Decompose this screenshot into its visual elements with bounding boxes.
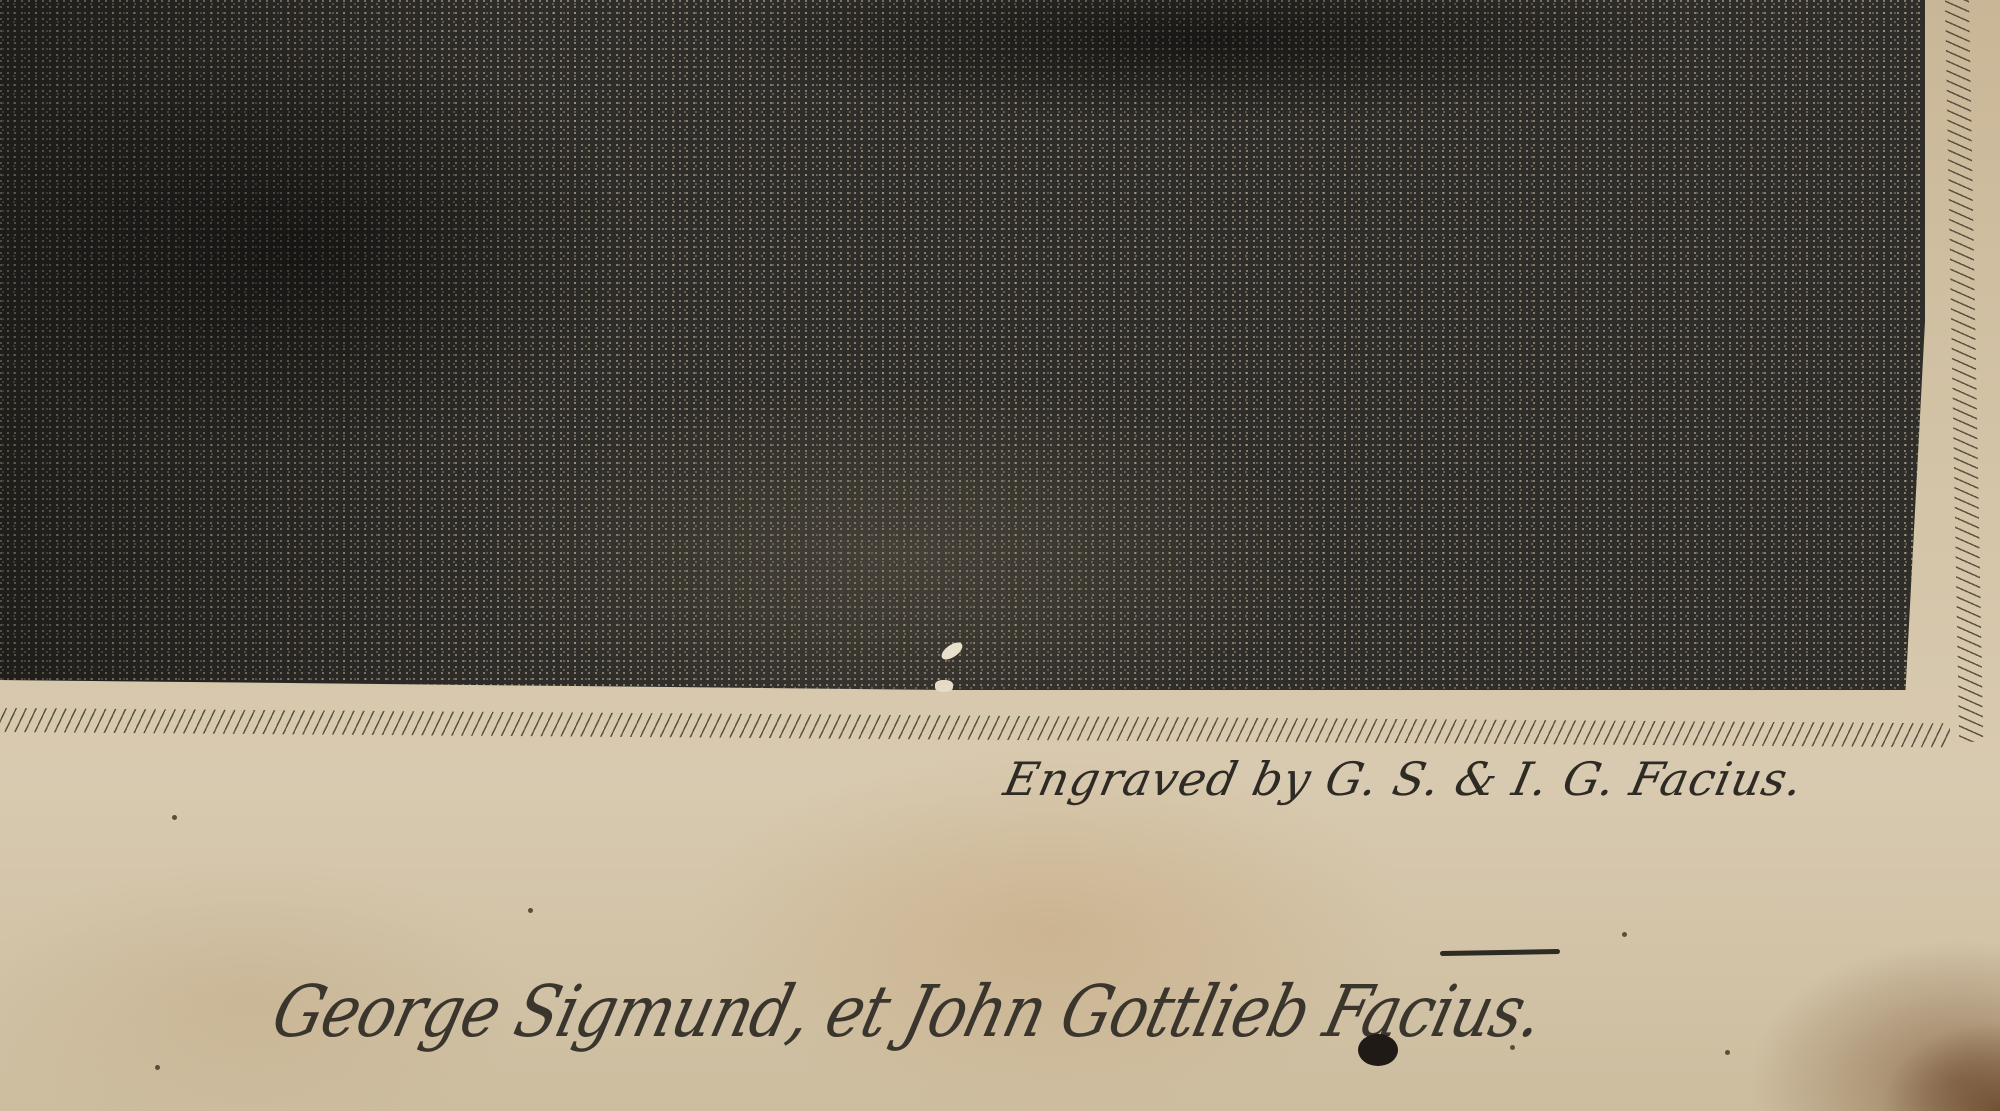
corner-stain <box>1880 1021 2000 1111</box>
foxing-spot <box>155 1065 160 1070</box>
dark-engraved-image-field <box>0 0 1925 690</box>
foxing-spot <box>172 815 177 820</box>
foxing-spot <box>1622 932 1627 937</box>
engraver-credit-inscription: Engraved by G. S. & I. G. Facius. <box>999 752 1808 806</box>
paper-loss <box>935 680 953 692</box>
foxing-spot <box>1510 1045 1515 1050</box>
foxing-spot <box>528 908 533 913</box>
artist-credit-inscription: George Sigmund, et John Gottlieb Facius. <box>265 970 1552 1054</box>
shadow-column <box>0 0 520 685</box>
foxing-spot <box>1725 1050 1730 1055</box>
ink-blot <box>1358 1034 1398 1066</box>
